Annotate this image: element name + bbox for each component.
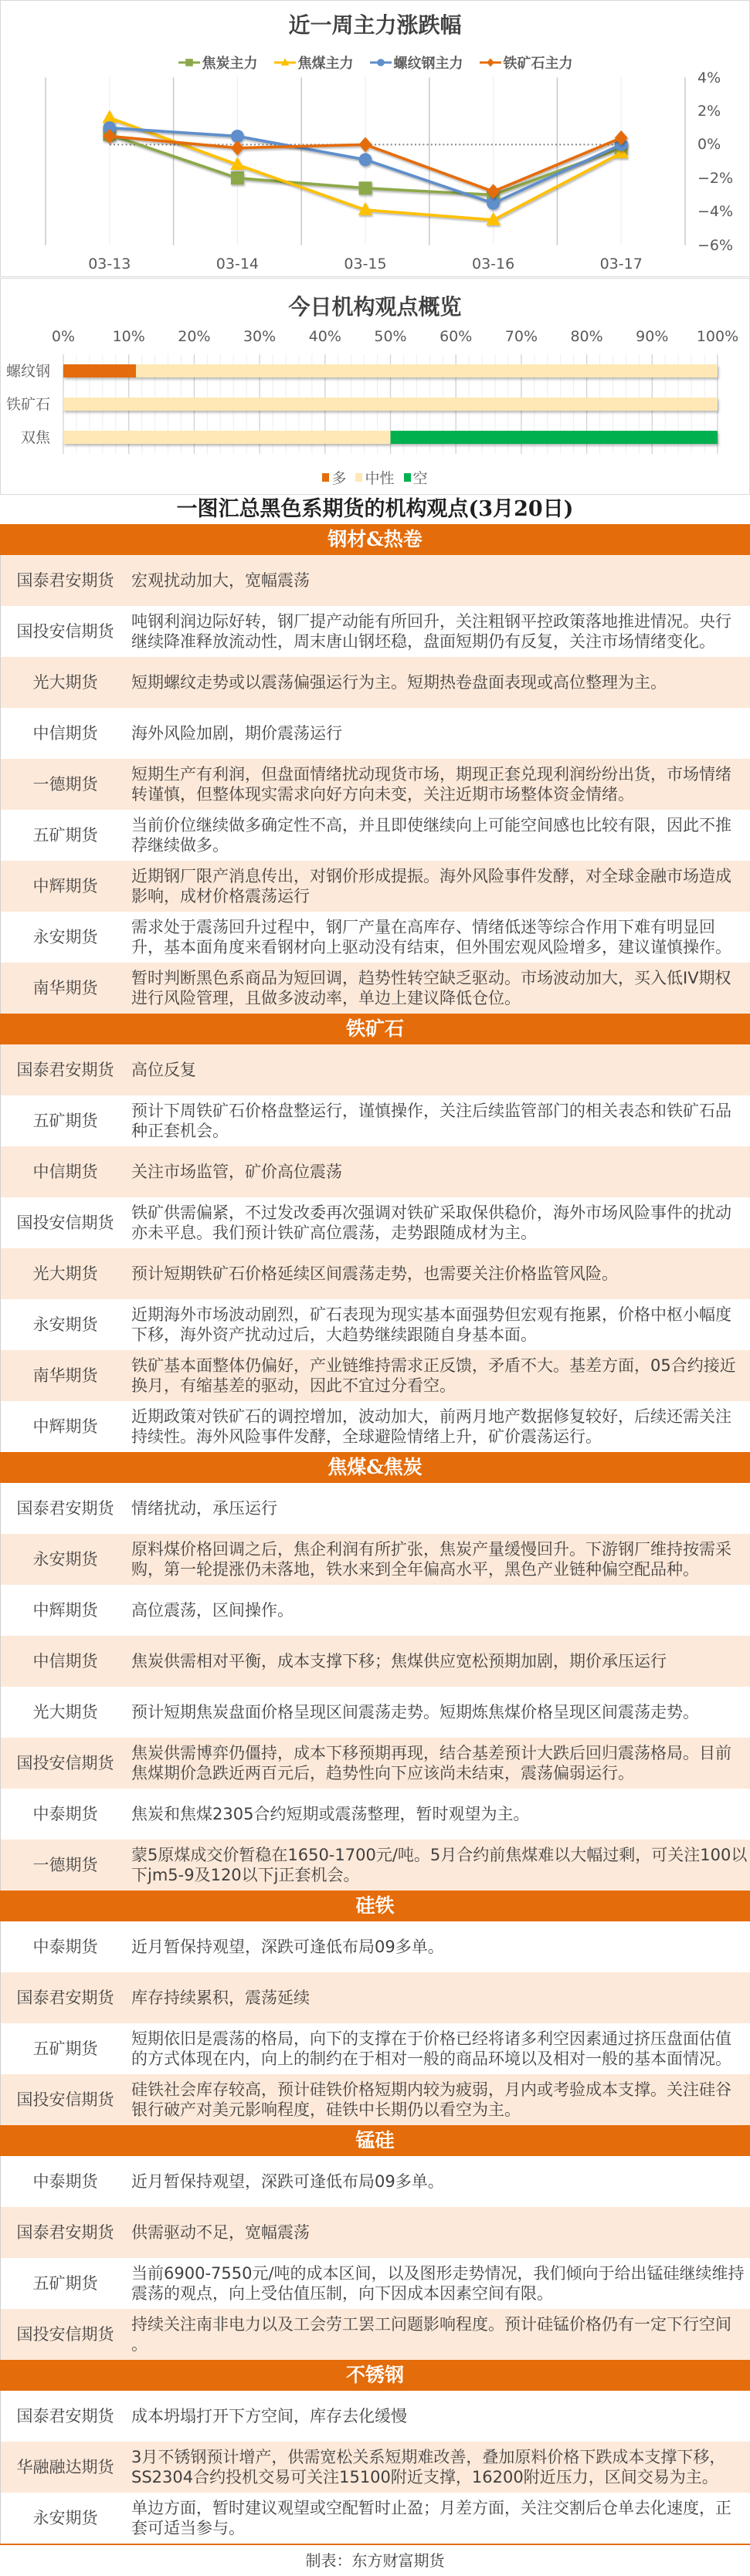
square-legend-icon: [178, 57, 201, 68]
opinion-overview-bar-chart: 今日机构观点概览 多中性空 螺纹钢铁矿石双焦0%10%20%30%40%50%6…: [0, 278, 750, 495]
square-marker-icon: [185, 59, 193, 66]
section-header: 钢材&热卷: [0, 524, 750, 555]
institution-view: 吨钢利润边际好转，钢厂提产动能有所回升，关注粗钢平控政策落地推进情况。央行 继续…: [131, 611, 748, 652]
section-coking-coal-coke: 焦煤&焦炭 国泰君安期货 情绪扰动，承压运行 永安期货 原料煤价格回调之后，焦企…: [0, 1452, 750, 1891]
section-steel-hot-coil: 钢材&热卷 国泰君安期货 宏观扰动加大，宽幅震荡 国投安信期货 吨钢利润边际好转…: [0, 524, 750, 1014]
section-header: 不锈钢: [0, 2360, 750, 2391]
institution-name: 永安期货: [1, 1315, 130, 1335]
institution-name: 一德期货: [1, 774, 130, 794]
institution-view: 宏观扰动加大，宽幅震荡: [131, 570, 748, 591]
table-row: 五矿期货 短期依旧是震荡的格局，向下的支撑在于价格已经将诸多利空因素通过挤压盘面…: [0, 2023, 750, 2074]
legend-item: 多: [322, 467, 346, 488]
institution-view: 关注市场监管，矿价高位震荡: [131, 1162, 748, 1182]
diamond-legend-icon: [479, 57, 502, 68]
section-rows: 国泰君安期货 高位反复 五矿期货 预计下周铁矿石价格盘整运行，谨慎操作，关注后续…: [0, 1044, 750, 1452]
institution-name: 五矿期货: [1, 1111, 130, 1131]
table-row: 国泰君安期货 情绪扰动，承压运行: [0, 1483, 750, 1534]
y-tick-label: −4%: [697, 202, 733, 221]
table-row: 中泰期货 近月暂保持观望，深跌可逢低布局09多单。: [0, 2156, 750, 2207]
institution-name: 国泰君安期货: [1, 2406, 130, 2426]
institution-name: 光大期货: [1, 672, 130, 692]
table-row: 南华期货 铁矿基本面整体仍偏好，产业链维持需求正反馈，矛盾不大。基差方面，05合…: [0, 1350, 750, 1401]
institution-view: 预计短期焦炭盘面价格呈现区间震荡走势。短期炼焦煤价格呈现区间震荡走势。: [131, 1702, 748, 1722]
table-row: 国泰君安期货 供需驱动不足，宽幅震荡: [0, 2207, 750, 2258]
institution-name: 五矿期货: [1, 2039, 130, 2059]
institution-view: 库存持续累积，震荡延续: [131, 1988, 748, 2008]
legend-swatch-icon: [404, 473, 411, 482]
table-row: 国泰君安期货 库存持续累积，震荡延续: [0, 1972, 750, 2023]
institution-view: 焦炭和焦煤2305合约短期或震荡整理，暂时观望为主。: [131, 1804, 748, 1824]
table-row: 一德期货 短期生产有利润，但盘面情绪扰动现货市场，期现正套兑现利润纷纷出货，市场…: [0, 759, 750, 810]
x-tick-label: 100%: [687, 327, 748, 346]
table-row: 中辉期货 近期政策对铁矿石的调控增加，波动加大，前两月地产数据修复较好，后续还需…: [0, 1401, 750, 1452]
institution-name: 国泰君安期货: [1, 1060, 130, 1080]
table-row: 华融融达期货 3月不锈钢预计增产，供需宽松关系短期难改善，叠加原料价格下跌成本支…: [0, 2442, 750, 2493]
diamond-marker-icon: [487, 58, 494, 66]
table-row: 国泰君安期货 高位反复: [0, 1044, 750, 1095]
legend-item: 铁矿石主力: [479, 52, 573, 73]
institution-view: 焦炭供需相对平衡，成本支撑下移；焦煤供应宽松预期加剧，期价承压运行: [131, 1651, 748, 1671]
y-tick-label: 4%: [697, 69, 721, 87]
section-header: 铁矿石: [0, 1014, 750, 1044]
stacked-bar: [63, 398, 718, 411]
institution-name: 永安期货: [1, 2508, 130, 2528]
table-row: 国投安信期货 吨钢利润边际好转，钢厂提产动能有所回升，关注粗钢平控政策落地推进情…: [0, 606, 750, 657]
institution-name: 国投安信期货: [1, 2324, 130, 2344]
institution-name: 国泰君安期货: [1, 2222, 130, 2243]
bar-segment: [63, 364, 136, 377]
institution-view: 高位反复: [131, 1060, 748, 1080]
opinion-table: 一图汇总黑色系期货的机构观点(3月20日) 钢材&热卷 国泰君安期货 宏观扰动加…: [0, 495, 750, 2576]
x-tick-label: 20%: [163, 327, 225, 346]
chart-title: 今日机构观点概览: [1, 293, 749, 322]
institution-view: 短期螺纹走势或以震荡偏强运行为主。短期热卷盘面表现或高位整理为主。: [131, 672, 748, 692]
table-row: 国投安信期货 持续关注南非电力以及工会劳工罢工问题影响程度。预计硅锰价格仍有一定…: [0, 2309, 750, 2360]
table-row: 国投安信期货 焦炭供需博弈仍僵持，成本下移预期再现，结合基差预计大跌后回归震荡格…: [0, 1738, 750, 1789]
table-row: 永安期货 原料煤价格回调之后，焦企利润有所扩张，焦炭产量缓慢回升。下游钢厂维持按…: [0, 1534, 750, 1585]
table-row: 五矿期货 预计下周铁矿石价格盘整运行，谨慎操作，关注后续监管部门的相关表态和铁矿…: [0, 1095, 750, 1146]
institution-view: 供需驱动不足，宽幅震荡: [131, 2222, 748, 2243]
table-row: 南华期货 暂时判断黑色系商品为短回调，趋势性转空缺乏驱动。市场波动加大，买入低I…: [0, 963, 750, 1014]
institution-name: 中泰期货: [1, 1804, 130, 1824]
legend-label: 铁矿石主力: [504, 52, 573, 73]
institution-name: 华融融达期货: [1, 2457, 130, 2477]
institution-name: 国投安信期货: [1, 2090, 130, 2110]
square-marker-icon: [359, 181, 372, 195]
diamond-marker-icon: [231, 140, 244, 156]
chart-legend: 多中性空: [1, 467, 749, 487]
institution-view: 近期钢厂限产消息传出，对钢价形成提振。海外风险事件发酵，对全球金融市场造成 影响…: [131, 866, 748, 906]
section-rows: 中泰期货 近月暂保持观望，深跌可逢低布局09多单。 国泰君安期货 供需驱动不足，…: [0, 2156, 750, 2360]
institution-view: 近月暂保持观望，深跌可逢低布局09多单。: [131, 2171, 748, 2192]
x-tick-label: 40%: [294, 327, 356, 346]
institution-name: 中辉期货: [1, 1417, 130, 1437]
bar-segment: [63, 431, 391, 444]
x-tick-label: 80%: [556, 327, 618, 346]
legend-label: 多: [331, 467, 346, 488]
institution-name: 国投安信期货: [1, 1753, 130, 1773]
institution-name: 五矿期货: [1, 2273, 130, 2293]
section-rows: 国泰君安期货 成本坍塌打开下方空间，库存去化缓慢 华融融达期货 3月不锈钢预计增…: [0, 2391, 750, 2544]
table-row: 中信期货 海外风险加剧，期价震荡运行: [0, 708, 750, 759]
institution-name: 南华期货: [1, 978, 130, 998]
chart-title: 近一周主力涨跌幅: [1, 11, 749, 40]
x-tick-label: 03-16: [463, 255, 524, 273]
table-row: 一德期货 蒙5原煤成交价暂稳在1650-1700元/吨。5月合约前焦煤难以大幅过…: [0, 1840, 750, 1891]
x-tick-label: 70%: [490, 327, 552, 346]
institution-name: 中信期货: [1, 1651, 130, 1671]
institution-name: 国泰君安期货: [1, 1988, 130, 2008]
institution-view: 情绪扰动，承压运行: [131, 1498, 748, 1518]
weekly-change-line-chart: 近一周主力涨跌幅 焦炭主力焦煤主力螺纹钢主力铁矿石主力 03-1303-1403…: [0, 0, 750, 277]
x-tick-label: 90%: [621, 327, 683, 346]
table-row: 五矿期货 当前6900-7550元/吨的成本区间，以及图形走势情况，我们倾向于给…: [0, 2258, 750, 2309]
institution-view: 近期政策对铁矿石的调控增加，波动加大，前两月地产数据修复较好，后续还需关注 持续…: [131, 1406, 748, 1447]
diamond-marker-icon: [359, 137, 372, 153]
legend-label: 螺纹钢主力: [394, 52, 463, 73]
table-row: 中信期货 关注市场监管，矿价高位震荡: [0, 1146, 750, 1197]
bar-segment: [136, 364, 718, 377]
section-header: 锰硅: [0, 2125, 750, 2156]
bar-segment: [63, 398, 718, 411]
institution-view: 预计短期铁矿石价格延续区间震荡走势，也需要关注价格监管风险。: [131, 1264, 748, 1284]
circle-marker-icon: [359, 153, 372, 166]
table-title: 一图汇总黑色系期货的机构观点(3月20日): [0, 495, 750, 524]
stacked-bar: [63, 431, 718, 444]
legend-label: 焦煤主力: [298, 52, 354, 73]
y-tick-label: −6%: [697, 236, 733, 255]
section-header: 硅铁: [0, 1891, 750, 1921]
institution-view: 持续关注南非电力以及工会劳工罢工问题影响程度。预计硅锰价格仍有一定下行空间 。: [131, 2314, 748, 2354]
institution-name: 光大期货: [1, 1264, 130, 1284]
x-tick-label: 50%: [360, 327, 422, 346]
institution-view: 成本坍塌打开下方空间，库存去化缓慢: [131, 2406, 748, 2426]
institution-name: 国投安信期货: [1, 621, 130, 641]
institution-name: 永安期货: [1, 927, 130, 947]
institution-view: 需求处于震荡回升过程中，钢厂产量在高库存、情绪低迷等综合作用下难有明显回 升，基…: [131, 917, 748, 957]
chart-legend: 焦炭主力焦煤主力螺纹钢主力铁矿石主力: [1, 52, 749, 73]
table-row: 光大期货 短期螺纹走势或以震荡偏强运行为主。短期热卷盘面表现或高位整理为主。: [0, 657, 750, 708]
x-tick-label: 03-17: [590, 255, 652, 273]
table-row: 永安期货 近期海外市场波动剧烈，矿石表现为现实基本面强势但宏观有拖累，价格中枢小…: [0, 1299, 750, 1350]
bar-segment: [391, 431, 718, 444]
institution-view: 硅铁社会库存较高，预计硅铁价格短期内较为疲弱，月内或考验成本支撑。关注硅谷 银行…: [131, 2080, 748, 2120]
institution-name: 中信期货: [1, 1162, 130, 1182]
section-silicomanganese: 锰硅 中泰期货 近月暂保持观望，深跌可逢低布局09多单。 国泰君安期货 供需驱动…: [0, 2125, 750, 2360]
institution-name: 五矿期货: [1, 825, 130, 845]
table-row: 光大期货 预计短期铁矿石价格延续区间震荡走势，也需要关注价格监管风险。: [0, 1248, 750, 1299]
institution-view: 高位震荡，区间操作。: [131, 1600, 748, 1620]
table-row: 中辉期货 高位震荡，区间操作。: [0, 1585, 750, 1636]
table-row: 国泰君安期货 成本坍塌打开下方空间，库存去化缓慢: [0, 2391, 750, 2442]
table-row: 永安期货 需求处于震荡回升过程中，钢厂产量在高库存、情绪低迷等综合作用下难有明显…: [0, 912, 750, 963]
legend-swatch-icon: [355, 473, 362, 482]
category-label: 双焦: [2, 428, 50, 447]
institution-view: 单边方面，暂时建议观望或空配暂时止盈；月差方面，关注交割后仓单去化速度，正 套可…: [131, 2498, 748, 2538]
institution-name: 南华期货: [1, 1366, 130, 1386]
line-chart-canvas: [0, 0, 750, 277]
table-row: 国泰君安期货 宏观扰动加大，宽幅震荡: [0, 555, 750, 606]
section-rows: 中泰期货 近月暂保持观望，深跌可逢低布局09多单。 国泰君安期货 库存持续累积，…: [0, 1921, 750, 2125]
circle-marker-icon: [377, 59, 385, 66]
table-row: 五矿期货 当前价位继续做多确定性不高，并且即使继续向上可能空间感也比较有限，因此…: [0, 810, 750, 861]
section-ferrosilicon: 硅铁 中泰期货 近月暂保持观望，深跌可逢低布局09多单。 国泰君安期货 库存持续…: [0, 1891, 750, 2125]
institution-name: 国泰君安期货: [1, 1498, 130, 1518]
institution-view: 短期依旧是震荡的格局，向下的支撑在于价格已经将诸多利空因素通过挤压盘面估值 的方…: [131, 2029, 748, 2069]
institution-view: 当前价位继续做多确定性不高，并且即使继续向上可能空间感也比较有限，因此不推 荐继…: [131, 815, 748, 855]
table-row: 永安期货 单边方面，暂时建议观望或空配暂时止盈；月差方面，关注交割后仓单去化速度…: [0, 2493, 750, 2544]
table-row: 光大期货 预计短期焦炭盘面价格呈现区间震荡走势。短期炼焦煤价格呈现区间震荡走势。: [0, 1687, 750, 1738]
x-tick-label: 0%: [32, 327, 94, 346]
section-stainless-steel: 不锈钢 国泰君安期货 成本坍塌打开下方空间，库存去化缓慢 华融融达期货 3月不锈…: [0, 2360, 750, 2544]
institution-name: 中辉期货: [1, 876, 130, 896]
legend-label: 焦炭主力: [202, 52, 258, 73]
section-rows: 国泰君安期货 情绪扰动，承压运行 永安期货 原料煤价格回调之后，焦企利润有所扩张…: [0, 1483, 750, 1891]
institution-view: 近期海外市场波动剧烈，矿石表现为现实基本面强势但宏观有拖累，价格中枢小幅度 下移…: [131, 1305, 748, 1345]
institution-view: 预计下周铁矿石价格盘整运行，谨慎操作，关注后续监管部门的相关表态和铁矿石品 种正…: [131, 1101, 748, 1141]
category-label: 铁矿石: [2, 395, 50, 414]
x-tick-label: 03-15: [334, 255, 396, 273]
institution-name: 一德期货: [1, 1855, 130, 1875]
table-row: 中辉期货 近期钢厂限产消息传出，对钢价形成提振。海外风险事件发酵，对全球金融市场…: [0, 861, 750, 912]
legend-item: 螺纹钢主力: [369, 52, 463, 73]
institution-view: 近月暂保持观望，深跌可逢低布局09多单。: [131, 1937, 748, 1957]
institution-name: 永安期货: [1, 1549, 130, 1569]
institution-view: 3月不锈钢预计增产，供需宽松关系短期难改善，叠加原料价格下跌成本支撑下移， SS…: [131, 2447, 748, 2487]
x-tick-label: 60%: [425, 327, 487, 346]
y-tick-label: 0%: [697, 135, 721, 154]
table-row: 中信期货 焦炭供需相对平衡，成本支撑下移；焦煤供应宽松预期加剧，期价承压运行: [0, 1636, 750, 1687]
triangle-marker-icon: [102, 110, 117, 123]
institution-view: 焦炭供需博弈仍僵持，成本下移预期再现，结合基差预计大跌后回归震荡格局。目前 焦煤…: [131, 1743, 748, 1783]
legend-item: 焦煤主力: [273, 52, 354, 73]
institution-view: 原料煤价格回调之后，焦企利润有所扩张，焦炭产量缓慢回升。下游钢厂维持按需采 购，…: [131, 1539, 748, 1579]
institution-name: 中泰期货: [1, 2171, 130, 2192]
y-tick-label: 2%: [697, 102, 721, 120]
table-row: 中泰期货 近月暂保持观望，深跌可逢低布局09多单。: [0, 1921, 750, 1972]
institution-view: 暂时判断黑色系商品为短回调，趋势性转空缺乏驱动。市场波动加大，买入低IV期权 进…: [131, 968, 748, 1008]
institution-name: 中辉期货: [1, 1600, 130, 1620]
table-row: 国投安信期货 铁矿供需偏紧，不过发改委再次强调对铁矿采取保供稳价，海外市场风险事…: [0, 1197, 750, 1248]
x-tick-label: 30%: [229, 327, 290, 346]
institution-view: 铁矿基本面整体仍偏好，产业链维持需求正反馈，矛盾不大。基差方面，05合约接近 换…: [131, 1356, 748, 1396]
x-tick-label: 03-13: [79, 255, 141, 273]
institution-name: 国泰君安期货: [1, 570, 130, 591]
x-tick-label: 03-14: [206, 255, 268, 273]
section-header: 焦煤&焦炭: [0, 1452, 750, 1483]
circle-legend-icon: [369, 57, 392, 68]
institution-view: 当前6900-7550元/吨的成本区间，以及图形走势情况，我们倾向于给出锰硅继续…: [131, 2263, 748, 2304]
institution-name: 中泰期货: [1, 1937, 130, 1957]
table-footer-credit: 制表：东方财富期货: [0, 2545, 750, 2576]
institution-name: 国投安信期货: [1, 1213, 130, 1233]
table-row: 中泰期货 焦炭和焦煤2305合约短期或震荡整理，暂时观望为主。: [0, 1789, 750, 1840]
table-row: 国投安信期货 硅铁社会库存较高，预计硅铁价格短期内较为疲弱，月内或考验成本支撑。…: [0, 2074, 750, 2125]
institution-name: 中信期货: [1, 723, 130, 743]
legend-label: 空: [413, 467, 428, 488]
institution-view: 海外风险加剧，期价震荡运行: [131, 723, 748, 743]
legend-swatch-icon: [322, 473, 329, 482]
category-label: 螺纹钢: [2, 362, 50, 381]
institution-view: 铁矿供需偏紧，不过发改委再次强调对铁矿采取保供稳价，海外市场风险事件的扰动 亦未…: [131, 1203, 748, 1243]
legend-item: 焦炭主力: [178, 52, 258, 73]
stacked-bar: [63, 364, 718, 377]
x-tick-label: 10%: [98, 327, 160, 346]
y-tick-label: −2%: [697, 169, 733, 188]
institution-view: 短期生产有利润，但盘面情绪扰动现货市场，期现正套兑现利润纷纷出货，市场情绪 转谨…: [131, 764, 748, 804]
table-sections: 钢材&热卷 国泰君安期货 宏观扰动加大，宽幅震荡 国投安信期货 吨钢利润边际好转…: [0, 524, 750, 2544]
legend-label: 中性: [365, 467, 394, 488]
square-marker-icon: [231, 171, 244, 184]
institution-view: 蒙5原煤成交价暂稳在1650-1700元/吨。5月合约前焦煤难以大幅过剩，可关注…: [131, 1845, 748, 1885]
section-rows: 国泰君安期货 宏观扰动加大，宽幅震荡 国投安信期货 吨钢利润边际好转，钢厂提产动…: [0, 555, 750, 1014]
triangle-legend-icon: [273, 57, 297, 68]
institution-name: 光大期货: [1, 1702, 130, 1722]
legend-item: 空: [404, 467, 428, 488]
legend-item: 中性: [355, 467, 394, 488]
section-iron-ore: 铁矿石 国泰君安期货 高位反复 五矿期货 预计下周铁矿石价格盘整运行，谨慎操作，…: [0, 1014, 750, 1452]
